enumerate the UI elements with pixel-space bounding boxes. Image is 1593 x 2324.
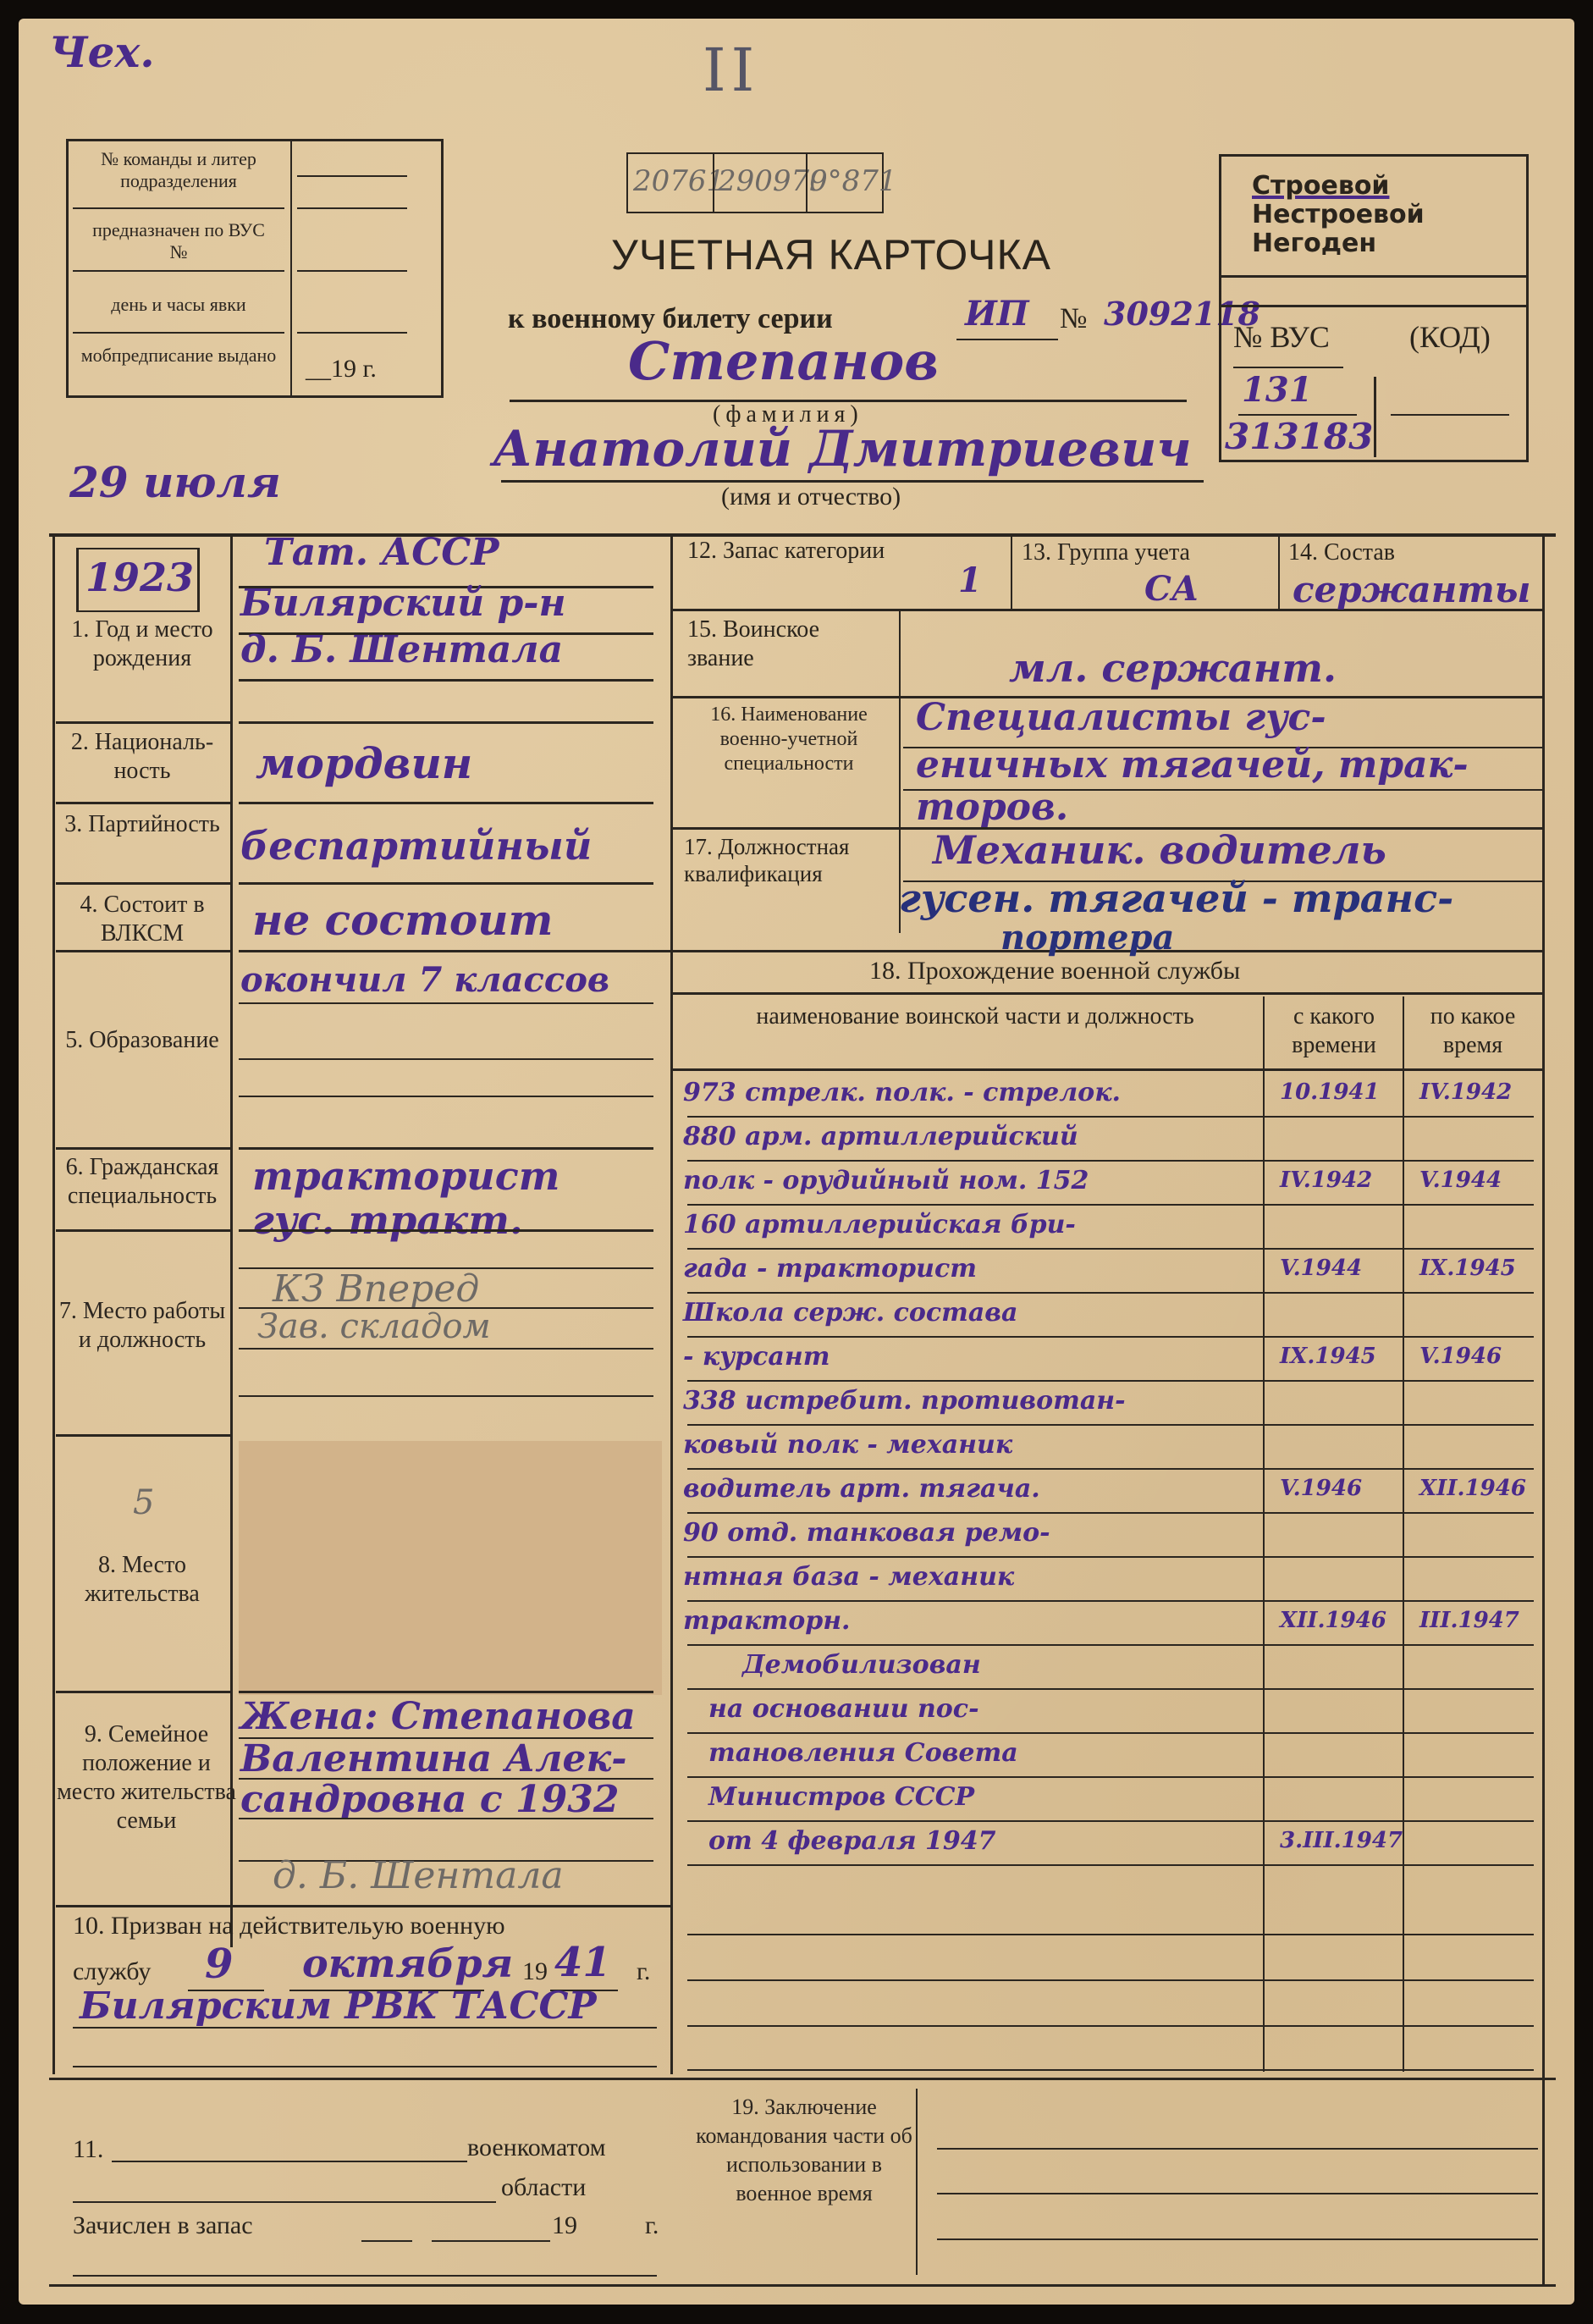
service-row: Министров СССР — [675, 1777, 1542, 1821]
service-row: от 4 февраля 19473.III.1947 — [675, 1821, 1542, 1865]
stamp-box: № команды и литер подразделения предназн… — [66, 139, 444, 398]
service-row: Школа серж. состава — [675, 1293, 1542, 1337]
conclusion-label: 19. Заключе­ние командо­вания части об и… — [696, 2093, 912, 2208]
corner-note: Чех. — [49, 27, 155, 77]
qualification-line-3: портера — [1000, 918, 1174, 958]
enlisted-reserve-label: Зачислен в запас — [73, 2211, 253, 2240]
conscription-year: 41 — [554, 1939, 611, 1986]
service-row: тракторн.XII.1946III.1947 — [675, 1601, 1542, 1645]
field-4-label: 4. Состоит в ВЛКСМ — [56, 891, 229, 948]
service-row: полк - орудийный ном. 152IV.1942V.1944 — [675, 1161, 1542, 1205]
vus-value: 131 — [1242, 370, 1313, 410]
stamp-mob-year: __19 г. — [306, 355, 377, 384]
group-value: СА — [1144, 569, 1199, 609]
conscription-day: 9 — [205, 1940, 233, 1988]
specialty-line-2: еничных тягачей, трак- — [916, 743, 1469, 787]
service-table: 973 стрелк. полк. - стрелок.10.1941IV.19… — [675, 1073, 1542, 1869]
service-col-to: по какое время — [1405, 1002, 1541, 1060]
qualification-line-1: Механик. водитель — [933, 827, 1386, 873]
rank-label: 15. Воинское звание — [687, 616, 890, 673]
conscription-month: октября — [302, 1940, 513, 1986]
family-line-3: сандровна с 1932 — [240, 1778, 619, 1821]
birth-place-line-2: Билярский р-н — [240, 582, 566, 625]
service-row: 973 стрелк. полк. - стрелок.10.1941IV.19… — [675, 1073, 1542, 1117]
birth-date: 29 июля — [69, 457, 281, 507]
field-8-label: 8. Место жительства — [56, 1551, 229, 1609]
card-title: УЧЕТНАЯ КАРТОЧКА — [560, 230, 1102, 279]
redacted-address — [239, 1441, 662, 1695]
education-value: окончил 7 классов — [240, 960, 609, 1000]
field-9-label: 9. Семейное положение и место жительства… — [56, 1720, 237, 1835]
region-label: области — [501, 2173, 586, 2202]
service-row: на основании пос- — [675, 1689, 1542, 1733]
ticket-series: ИП — [965, 294, 1029, 334]
conscription-year-suffix: г. — [637, 1957, 650, 1986]
service-row: 880 арм. артиллерийский — [675, 1117, 1542, 1161]
service-row: водитель арт. тягача.V.1946XII.1946 — [675, 1469, 1542, 1513]
service-title: 18. Прохождение военной службы — [869, 957, 1240, 985]
service-row: 338 истребит. противотан- — [675, 1381, 1542, 1425]
archive-number-3: 9°871 — [809, 164, 897, 198]
birth-year-box: 1923 — [76, 548, 200, 612]
fitness-box: Строевой Нестроевой Негоден № ВУС (КОД) … — [1219, 154, 1529, 462]
archive-number-box: 20761 290970 9°871 — [626, 152, 884, 213]
field-6-label: 6. Граждан­ская специ­альность — [56, 1153, 229, 1211]
stamp-label-day: день и часы явки — [69, 294, 289, 316]
voenkomat-label: военкоматом — [467, 2134, 606, 2162]
civil-specialty-line-2: гус. тракт. — [252, 1197, 523, 1243]
nationality-value: мордвин — [256, 738, 472, 788]
conscription-by: Билярским РВК ТАССР — [80, 1985, 597, 2028]
field-7-label: 7. Место работы и должность — [56, 1297, 229, 1355]
service-row: ковый полк - механик — [675, 1425, 1542, 1469]
service-row: 160 артиллерийская бри- — [675, 1205, 1542, 1249]
rank-value: мл. сержант. — [1009, 645, 1337, 691]
birth-place-line-1: Тат. АССР — [264, 531, 499, 574]
surname: Степанов — [628, 330, 939, 392]
reserve-category-value: 1 — [958, 560, 982, 600]
conscription-service-label: службу — [73, 1957, 151, 1986]
fitness-option-unfit: Негоден — [1252, 229, 1425, 258]
civil-specialty-line-1: тракторист — [252, 1153, 559, 1199]
birth-place-line-3: д. Б. Шентала — [240, 628, 563, 671]
party-value: беспартийный — [240, 823, 592, 869]
conscription-year-prefix: 19 — [522, 1957, 548, 1986]
vus-label: № ВУС — [1233, 319, 1330, 355]
stamp-label-vus: предназначен по ВУС № — [85, 219, 272, 263]
service-row: гада - трактористV.1944IX.1945 — [675, 1249, 1542, 1293]
service-row: тановления Совета — [675, 1733, 1542, 1777]
name-label: (имя и отчество) — [721, 483, 901, 511]
stamp-label-mob: мобпредписание выдано — [77, 345, 280, 367]
field-8-note: 5 — [133, 1483, 154, 1522]
service-row: Демобилизован — [675, 1645, 1542, 1689]
enlisted-year-prefix: 19 — [552, 2211, 577, 2240]
service-row: - курсантIX.1945V.1946 — [675, 1337, 1542, 1381]
roman-mark: II — [703, 36, 759, 105]
reserve-num: 11. — [73, 2135, 103, 2164]
number-sign: № — [1060, 303, 1087, 335]
komsomol-value: не состоит — [252, 895, 553, 945]
service-col-from: с какого времени — [1266, 1002, 1402, 1060]
workplace-line-2: Зав. складом — [257, 1307, 491, 1346]
qualification-line-2: гусен. тягачей - транс- — [899, 875, 1453, 921]
family-line-1: Жена: Степанова — [240, 1695, 636, 1738]
reserve-category-label: 12. Запас категории — [687, 537, 885, 566]
service-row: 90 отд. танковая ремо- — [675, 1513, 1542, 1557]
family-line-4: д. Б. Шентала — [273, 1854, 564, 1897]
birth-year: 1923 — [85, 555, 194, 600]
field-3-label: 3. Партий­ность — [56, 810, 229, 839]
composition-value: сержанты — [1293, 569, 1531, 610]
stamp-label-team: № команды и литер подразделения — [69, 148, 289, 192]
fitness-option-noncombat: Нестроевой — [1252, 201, 1425, 229]
group-label: 13. Группа учета — [1022, 539, 1190, 566]
code-value: 313183 — [1225, 416, 1373, 457]
family-line-2: Валентина Алек- — [240, 1737, 627, 1780]
composition-label: 14. Состав — [1288, 539, 1395, 566]
specialty-line-3: торов. — [916, 786, 1068, 829]
enlisted-year-suffix: г. — [645, 2211, 659, 2240]
field-1-label: 1. Год и место рождения — [56, 616, 229, 673]
field-5-label: 5. Образо­вание — [56, 1026, 229, 1055]
qualification-label: 17. Должностная квалификация — [684, 833, 896, 887]
field-2-label: 2. Националь­ность — [56, 728, 229, 786]
workplace-line-1: КЗ Вперед — [273, 1267, 479, 1311]
name-patronymic: Анатолий Дмитриевич — [493, 420, 1192, 477]
service-row: нтная база - механик — [675, 1557, 1542, 1601]
service-col-unit: наименование воинской части и должность — [696, 1002, 1254, 1031]
code-label: (КОД) — [1409, 319, 1491, 355]
registration-card: Чех. II № команды и литер подразделения … — [19, 19, 1574, 2305]
conscription-label: 10. Призван на действительую военную — [73, 1912, 505, 1940]
specialty-label: 16. Наименова­ние военно-учетной специал… — [687, 703, 890, 776]
archive-number-1: 20761 — [633, 164, 725, 198]
specialty-line-1: Специалисты гус- — [916, 696, 1326, 739]
fitness-option-combat: Строевой — [1252, 172, 1425, 201]
